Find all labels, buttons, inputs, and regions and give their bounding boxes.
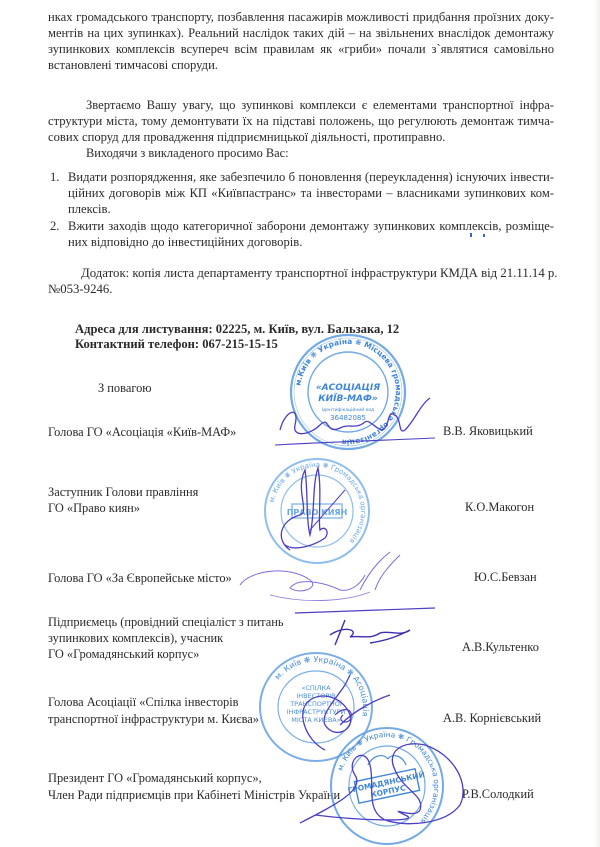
signatory-title: Голова ГО «Асоціація «Київ-МАФ» — [48, 424, 236, 440]
list-number: 2. — [50, 218, 59, 234]
text-line: №053-9246. — [48, 281, 554, 297]
signature-solodkyi-icon — [295, 735, 470, 835]
signatory-title: Член Ради підприємців при Кабінеті Мініс… — [48, 787, 340, 803]
stamp-center-text: «АСОЦІАЦІЯ — [316, 383, 380, 393]
svg-text:м. Київ ❋ Україна ❋ Громадська: м. Київ ❋ Україна ❋ Громадська організац… — [336, 730, 441, 826]
signatory-name: Р.В.Солодкий — [462, 787, 534, 802]
svg-text:ІНВЕСТОРІВ: ІНВЕСТОРІВ — [296, 692, 335, 700]
ink-mark — [483, 234, 485, 237]
signatory-name: А.В.Культенко — [462, 640, 539, 655]
svg-text:36482085: 36482085 — [330, 414, 366, 422]
signature-makogon-icon — [270, 460, 350, 560]
list-number: 1. — [50, 169, 59, 185]
svg-text:«СПІЛКА: «СПІЛКА — [301, 684, 331, 692]
signatory-title: Голова ГО «За Європейське місто» — [48, 570, 232, 586]
signatory-name: А.В. Корнієвський — [443, 711, 541, 726]
text-line: плексів. — [68, 201, 554, 217]
text-line: Видати розпорядження, яке забезпечило б … — [68, 169, 554, 185]
svg-text:Ідентифікаційний код: Ідентифікаційний код — [322, 406, 374, 413]
svg-text:м.Київ ❋ Україна ❋ Місцева гро: м.Київ ❋ Україна ❋ Місцева громадська ор… — [293, 337, 403, 447]
letter-page: нках громадського транспорту, позбавленн… — [0, 0, 600, 847]
signature-bevzan-icon — [230, 550, 410, 610]
text-line: нках громадського транспорту, позбавленн… — [48, 9, 554, 25]
page-edge-shadow — [594, 0, 600, 847]
text-line: сових споруд для провадження підприємниц… — [48, 129, 554, 145]
paragraph-continuation: нках громадського транспорту, позбавленн… — [48, 9, 554, 73]
text-line: встановлені тимчасові споруди. — [48, 57, 554, 73]
svg-text:КОРПУС: КОРПУС — [370, 783, 407, 799]
text-line: Звертаємо Вашу увагу, що зупинкові компл… — [48, 97, 554, 113]
signatory-title: зупинкових комплексів), учасник — [48, 630, 223, 646]
mailing-address: Адреса для листування: 02225, м. Київ, в… — [75, 321, 399, 337]
signature-kornievskyi-icon — [265, 670, 395, 760]
svg-text:ГРОМАДЯНСЬКИЙ: ГРОМАДЯНСЬКИЙ — [347, 770, 426, 795]
svg-text:ТРАНСПОРТНОЇ: ТРАНСПОРТНОЇ — [289, 699, 342, 708]
closing-salutation: З повагою — [98, 380, 152, 396]
signatory-title: Підприємець (провідний спеціаліст з пита… — [48, 614, 283, 630]
signature-yakovytskyi-icon — [270, 390, 440, 455]
paragraph-attention: Звертаємо Вашу увагу, що зупинкові компл… — [48, 97, 554, 145]
svg-text:ІНФРАСТРУКТУРИ: ІНФРАСТРУКТУРИ — [287, 708, 346, 716]
signatory-title: ГО «Громадянський корпус» — [48, 646, 199, 662]
svg-text:ПРАВО КИЯН: ПРАВО КИЯН — [287, 508, 348, 517]
text-line: ційних договорів між КП «Київпастранс» т… — [68, 185, 554, 201]
text-line: них відповідно до інвестиційних договорі… — [68, 234, 554, 250]
stamp-spilka-investoriv-icon: «СПІЛКА ІНВЕСТОРІВ ТРАНСПОРТНОЇ ІНФРАСТР… — [256, 650, 376, 765]
text-line: Додаток: копія листа департаменту трансп… — [48, 265, 554, 281]
contact-phone: Контактний телефон: 067-215-15-15 — [75, 336, 278, 352]
svg-text:КИЇВ-МАФ»: КИЇВ-МАФ» — [318, 393, 378, 404]
text-line: ментів на цих зупинках). Реальний наслід… — [48, 25, 554, 41]
signature-kultenko-icon — [290, 605, 440, 650]
signatory-title: ГО «Право киян» — [48, 500, 140, 516]
signatory-title: Голова Асоціації «Спілка інвесторів — [48, 694, 239, 710]
signatory-name: В.В. Яковицький — [443, 424, 533, 439]
text-line: зупинкових комплексів всупереч всім прав… — [48, 41, 554, 57]
signatory-title: транспортної інфраструктури м. Києва» — [48, 711, 259, 727]
stamp-pravo-kyian-icon: ПРАВО КИЯН м. Київ ❋ Україна ❋ Громадськ… — [262, 456, 372, 566]
signatory-name: К.О.Макогон — [465, 500, 534, 515]
svg-text:м. Київ ❋ Україна ❋ Асоціація: м. Київ ❋ Україна ❋ Асоціація — [273, 655, 370, 717]
svg-text:МІСТА КИЄВА»: МІСТА КИЄВА» — [291, 716, 340, 724]
stamp-hromadianskyi-korpus-icon: ГРОМАДЯНСЬКИЙ КОРПУС м. Київ ❋ Україна ❋… — [328, 725, 446, 847]
attachment-note: Додаток: копія листа департаменту трансп… — [48, 265, 554, 297]
signatory-title: Заступник Голови правління — [48, 484, 198, 500]
text-line: структури міста, тому демонтувати їх на … — [48, 113, 554, 129]
ink-mark — [470, 233, 472, 237]
svg-text:м. Київ ❋ Україна ❋ Громадська: м. Київ ❋ Україна ❋ Громадська організац… — [268, 461, 367, 545]
signatory-name: Ю.С.Бевзан — [474, 570, 537, 585]
stamp-kyiv-maf-icon: «АСОЦІАЦІЯ КИЇВ-МАФ» Ідентифікаційний ко… — [288, 332, 408, 452]
request-intro: Виходячи з викладеного просимо Вас: — [86, 145, 289, 161]
signatory-title: Президент ГО «Громадянський корпус», — [48, 770, 262, 786]
text-line: Вжити заходів щодо категоричної заборони… — [68, 218, 554, 234]
